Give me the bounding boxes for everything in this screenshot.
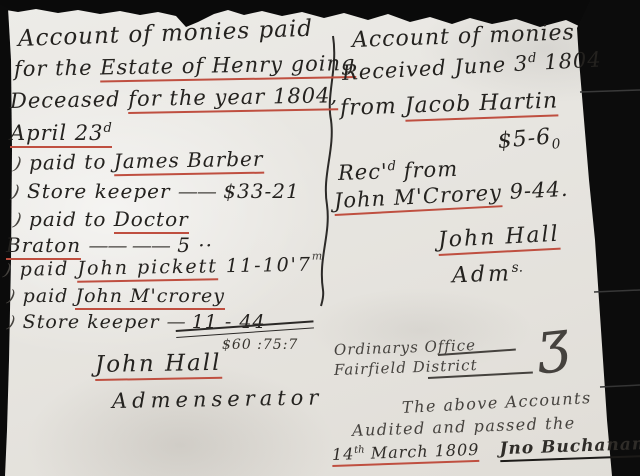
amount-value: 9-44. [501, 177, 569, 204]
hartin-amount-line: $5-60 [497, 124, 561, 158]
underlined-signature: John Hall [95, 350, 222, 381]
underlined-phrase: Braton [6, 233, 81, 260]
text-segment: paid to [29, 149, 114, 174]
text-segment: Rec' [338, 159, 389, 185]
paid-doctor-line: )paid to Doctor [14, 207, 189, 231]
title-text: Admenserator [112, 385, 324, 413]
adms-title-line: Adms. [452, 260, 524, 289]
text-segment: from [396, 157, 459, 183]
line-start-tick-icon: ) [10, 181, 23, 203]
administrator-title-left: Admenserator [112, 385, 324, 413]
text-segment: Store keeper [23, 311, 167, 333]
text-segment: from [340, 94, 406, 121]
underlined-phrase: Jacob Hartin [404, 88, 558, 121]
date-superscript: th [354, 445, 365, 456]
brace-text: Ʒ [535, 320, 573, 388]
braton-amount-line: Braton —— —— 5 ·· [6, 233, 213, 257]
line-start-tick-icon: ) [12, 153, 25, 175]
ledger-dash: —— —— [89, 233, 170, 257]
april-date-line: April 23d [10, 121, 112, 145]
date-text: 14 [332, 444, 355, 464]
text-segment: Store keeper [27, 179, 178, 203]
john-hall-signature-right: John Hall [437, 222, 560, 253]
underlined-phrase: for the year 1804, [128, 83, 338, 114]
scanned-document-page: Account of monies paid for the Estate of… [0, 0, 640, 476]
amount-value: 11-10'7 [218, 254, 312, 278]
underlined-phrase: James Barber [114, 147, 264, 177]
underlined-phrase: Doctor [114, 207, 189, 234]
text-segment: paid [23, 285, 76, 307]
date-superscript: d [103, 121, 111, 136]
line-start-tick-icon: ) [6, 312, 18, 333]
underlined-phrase: John M'crorey [75, 285, 224, 310]
paid-mcrorey-line: )paid John M'crorey [8, 285, 225, 307]
amount-value: $5-6 [497, 124, 552, 154]
underlined-phrase: John pickett [77, 255, 218, 282]
text-segment: 1804 [536, 47, 602, 74]
text-segment: paid [19, 258, 77, 281]
amount-value: 5 ·· [177, 233, 213, 257]
line-start-tick-icon: ) [2, 260, 15, 281]
text-segment: Deceased [10, 87, 129, 113]
ledger-dash: —— [178, 179, 216, 203]
paid-james-barber-line: )paid to James Barber [14, 147, 264, 175]
date-text: March 1809 [364, 440, 479, 463]
deceased-year-line: Deceased for the year 1804, [10, 83, 339, 113]
john-hall-signature-left: John Hall [95, 350, 222, 378]
amount-subscript: 0 [551, 136, 561, 153]
abbr-superscript: s. [511, 260, 523, 276]
ordinary-signature: Jno Buchanan [499, 434, 640, 462]
recd-from-line: Rec'd from [338, 157, 459, 185]
date-text: April 23 [10, 121, 103, 145]
superscript-annotation: m [312, 249, 325, 262]
storekeeper-amount-line: )Store keeper —— $33-21 [12, 179, 300, 203]
total-amount-line: $60 :75:7 [222, 337, 298, 353]
closing-brace-glyph: Ʒ [535, 325, 572, 384]
line-start-tick-icon: ) [6, 286, 18, 307]
amount-value: $33-21 [223, 179, 299, 203]
estate-line: for the Estate of Henry going [14, 51, 356, 81]
text-segment: paid to [29, 207, 114, 231]
text-segment: for the [14, 55, 101, 81]
line-start-tick-icon: ) [12, 209, 25, 231]
underlined-phrase: Estate of Henry going [100, 51, 356, 82]
text-segment: Adm [452, 261, 513, 288]
underlined-phrase: April 23d [10, 121, 112, 148]
total-value: $60 :75:7 [222, 337, 298, 353]
